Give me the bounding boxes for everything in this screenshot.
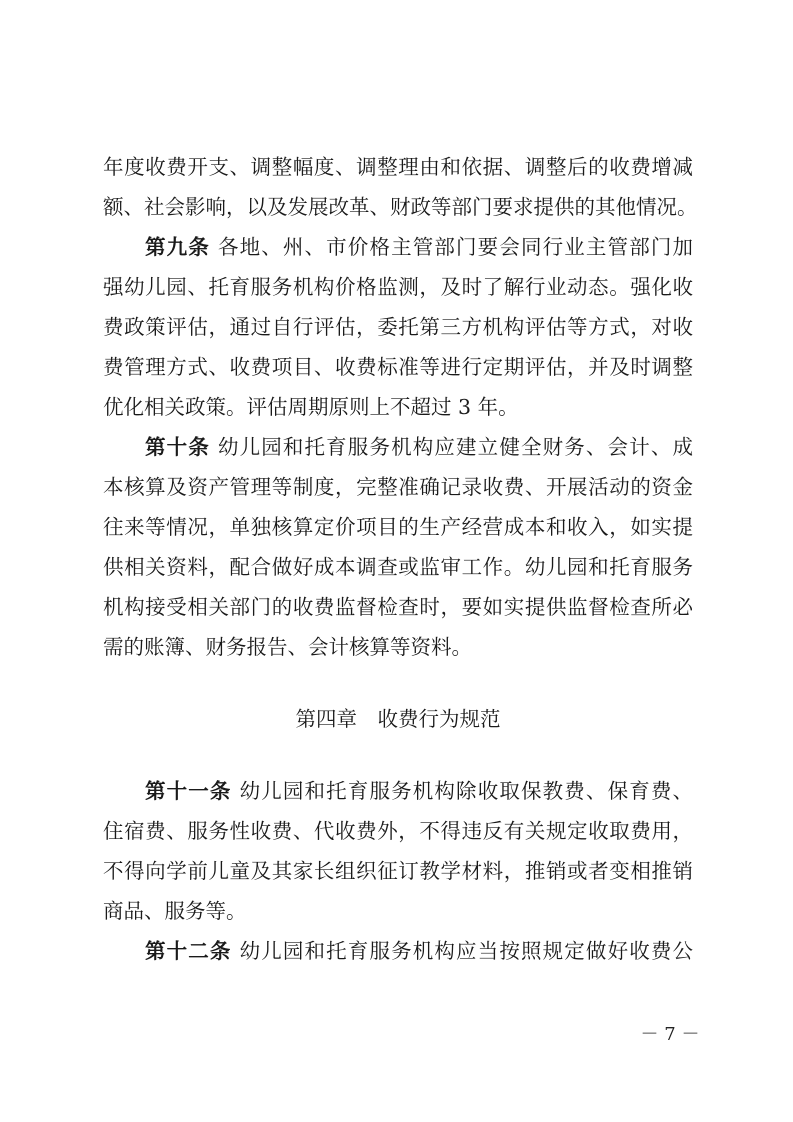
article-label: 第十一条 [145,779,232,803]
text-line: 往来等情况，单独核算定价项目的生产经营成本和收入，如实提 [103,507,693,547]
article-9: 第九条各地、州、市价格主管部门要会同行业主管部门加 强幼儿园、托育服务机构价格监… [103,227,693,427]
text-line: 需的账簿、财务报告、会计核算等资料。 [103,627,693,667]
paragraph-continuation: 年度收费开支、调整幅度、调整理由和依据、调整后的收费增减 额、社会影响，以及发展… [103,147,693,227]
article-text: 幼儿园和托育服务机构应建立健全财务、会计、成 [218,435,693,459]
article-label: 第十条 [145,435,210,459]
text-line: 强幼儿园、托育服务机构价格监测，及时了解行业动态。强化收 [103,267,693,307]
text-line: 供相关资料，配合做好成本调查或监审工作。幼儿园和托育服务 [103,547,693,587]
article-label: 第九条 [145,235,210,259]
article-text: 幼儿园和托育服务机构应当按照规定做好收费公 [240,939,693,963]
article-12: 第十二条幼儿园和托育服务机构应当按照规定做好收费公 [103,931,693,971]
chapter-heading: 第四章 收费行为规范 [103,699,693,739]
text-line: 住宿费、服务性收费、代收费外，不得违反有关规定收取费用， [103,811,693,851]
article-first-line: 第十一条幼儿园和托育服务机构除收取保教费、保育费、 [103,771,693,811]
text-line: 本核算及资产管理等制度，完整准确记录收费、开展活动的资金 [103,467,693,507]
text-line: 优化相关政策。评估周期原则上不超过 3 年。 [103,387,693,427]
article-first-line: 第九条各地、州、市价格主管部门要会同行业主管部门加 [103,227,693,267]
article-first-line: 第十二条幼儿园和托育服务机构应当按照规定做好收费公 [103,931,693,971]
text-line: 费政策评估，通过自行评估，委托第三方机构评估等方式，对收 [103,307,693,347]
article-10: 第十条幼儿园和托育服务机构应建立健全财务、会计、成 本核算及资产管理等制度，完整… [103,427,693,667]
article-text: 各地、州、市价格主管部门要会同行业主管部门加 [218,235,693,259]
text-line: 费管理方式、收费项目、收费标准等进行定期评估，并及时调整 [103,347,693,387]
article-text: 幼儿园和托育服务机构除收取保教费、保育费、 [240,779,693,803]
text-line: 不得向学前儿童及其家长组织征订教学材料，推销或者变相推销 [103,851,693,891]
text-line: 年度收费开支、调整幅度、调整理由和依据、调整后的收费增减 [103,147,693,187]
article-label: 第十二条 [145,939,232,963]
text-line: 额、社会影响，以及发展改革、财政等部门要求提供的其他情况。 [103,187,693,227]
page-number: － 7 － [640,1020,700,1046]
document-body: 年度收费开支、调整幅度、调整理由和依据、调整后的收费增减 额、社会影响，以及发展… [103,147,693,971]
text-line: 商品、服务等。 [103,891,693,931]
article-first-line: 第十条幼儿园和托育服务机构应建立健全财务、会计、成 [103,427,693,467]
text-line: 机构接受相关部门的收费监督检查时，要如实提供监督检查所必 [103,587,693,627]
article-11: 第十一条幼儿园和托育服务机构除收取保教费、保育费、 住宿费、服务性收费、代收费外… [103,771,693,931]
